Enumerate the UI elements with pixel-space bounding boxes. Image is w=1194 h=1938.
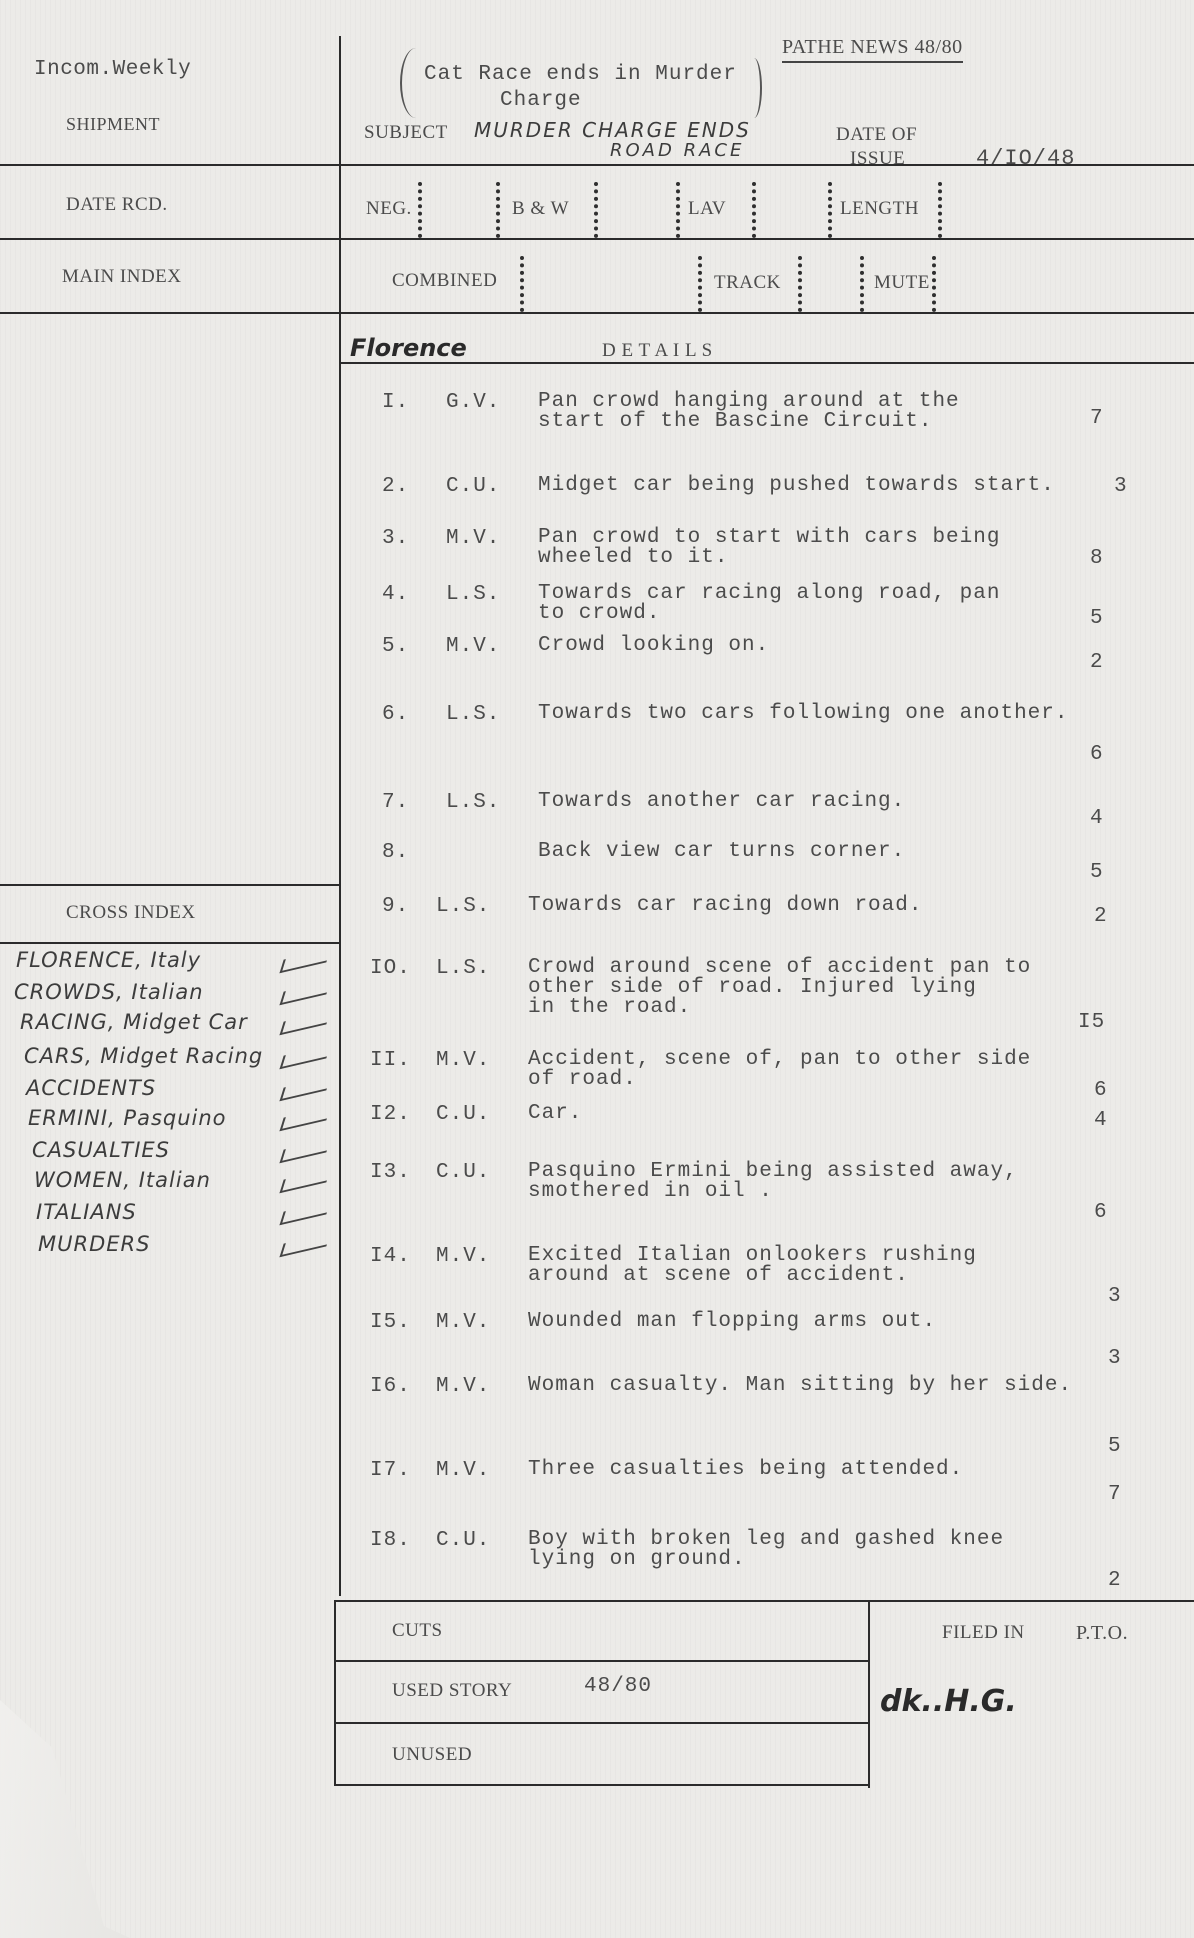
shot-description: Towards car racing down road. [528,896,1088,916]
shot-length: 2 [1090,652,1130,673]
shot-description: Woman casualty. Man sitting by her side. [528,1376,1088,1396]
shot-length: 3 [1114,476,1154,497]
cuts-divider [334,1660,870,1662]
shot-type: C.U. [436,1530,516,1551]
shot-length: 7 [1108,1484,1148,1505]
shot-type: M.V. [436,1246,516,1267]
shot-description: Towards another car racing. [538,792,1098,812]
shot-length: 7 [1090,408,1130,429]
shot-description: Pasquino Ermini being assisted away, smo… [528,1162,1088,1202]
shot-number: 4. [382,584,442,605]
shot-length: 6 [1094,1202,1134,1223]
shot-description: Boy with broken leg and gashed knee lyin… [528,1530,1088,1570]
shot-length: 4 [1094,1110,1134,1131]
shot-length: 2 [1108,1570,1148,1591]
shot-length: I5 [1078,1012,1118,1033]
shot-length: 5 [1090,862,1130,883]
shot-description: Pan crowd to start with cars being wheel… [538,528,1098,568]
shot-type: M.V. [446,528,526,549]
shot-type: L.S. [436,896,516,917]
shot-length: 2 [1094,906,1134,927]
shot-length: 4 [1090,808,1130,829]
shot-type: M.V. [436,1460,516,1481]
unused-divider [334,1784,870,1786]
footer-top-divider [334,1600,1194,1602]
shot-description: Midget car being pushed towards start. [538,476,1098,496]
shot-length: 5 [1090,608,1130,629]
cuts-label: CUTS [392,1620,443,1642]
signature: dk..H.G. [880,1684,1017,1719]
shot-number: I3. [370,1162,430,1183]
shot-number: 3. [382,528,442,549]
shot-type: M.V. [436,1050,516,1071]
shot-length: 6 [1090,744,1130,765]
shot-type: L.S. [446,584,526,605]
shot-number: 6. [382,704,442,725]
shot-number: I. [382,392,442,413]
shot-description: Three casualties being attended. [528,1460,1088,1480]
used-story-divider [334,1722,870,1724]
shot-length: 5 [1108,1436,1148,1457]
shot-description: Crowd looking on. [538,636,1098,656]
shot-length: 6 [1094,1080,1134,1101]
used-story-label: USED STORY [392,1680,512,1702]
shot-description: Pan crowd hanging around at the start of… [538,392,1098,432]
filed-in-label: FILED IN [942,1622,1025,1644]
pto-label: P.T.O. [1076,1622,1128,1645]
shot-type: L.S. [446,792,526,813]
shot-type: C.U. [436,1162,516,1183]
shot-description: Back view car turns corner. [538,842,1098,862]
shot-list: I.G.V.Pan crowd hanging around at the st… [0,0,1194,1600]
shot-number: II. [370,1050,430,1071]
shot-description: Accident, scene of, pan to other side of… [528,1050,1088,1090]
shot-number: I8. [370,1530,430,1551]
shot-number: 7. [382,792,442,813]
shot-number: I7. [370,1460,430,1481]
shot-length: 8 [1090,548,1130,569]
shot-length: 3 [1108,1286,1148,1307]
shot-description: Car. [528,1104,1088,1124]
shot-type: M.V. [436,1312,516,1333]
shot-number: IO. [370,958,430,979]
shot-number: 5. [382,636,442,657]
shot-type: C.U. [436,1104,516,1125]
shot-type: G.V. [446,392,526,413]
shot-type: M.V. [446,636,526,657]
footer-box-left [334,1600,336,1786]
shot-number: I2. [370,1104,430,1125]
shot-number: 2. [382,476,442,497]
shot-description: Excited Italian onlookers rushing around… [528,1246,1088,1286]
shot-description: Wounded man flopping arms out. [528,1312,1088,1332]
used-story-value: 48/80 [584,1676,652,1697]
shot-type: C.U. [446,476,526,497]
shot-type: M.V. [436,1376,516,1397]
shot-description: Towards car racing along road, pan to cr… [538,584,1098,624]
unused-label: UNUSED [392,1744,472,1766]
shot-description: Crowd around scene of accident pan to ot… [528,958,1088,1018]
shot-number: I4. [370,1246,430,1267]
shot-number: I6. [370,1376,430,1397]
shot-number: 9. [382,896,442,917]
shot-number: I5. [370,1312,430,1333]
footer-box-right [868,1602,870,1788]
torn-page-corner [0,1700,130,1938]
shot-length: 3 [1108,1348,1148,1369]
shot-number: 8. [382,842,442,863]
shot-type: L.S. [436,958,516,979]
shot-type: L.S. [446,704,526,725]
shot-description: Towards two cars following one another. [538,704,1098,724]
